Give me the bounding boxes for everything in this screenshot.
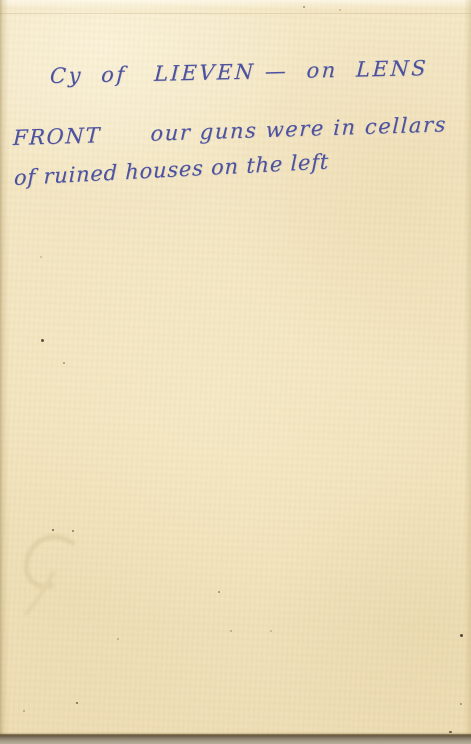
page-edge-left [0, 0, 9, 744]
page-edge-bottom-band [0, 732, 471, 744]
paper-speck [72, 530, 74, 532]
paper-speck [460, 634, 463, 637]
page-edge-right [464, 0, 471, 744]
paper-speck [63, 362, 65, 364]
paper-speck [76, 702, 78, 704]
paper-speck [52, 529, 54, 531]
page-edge-top [0, 0, 471, 16]
handwriting-line-city-lievin: Cy of LIEVEN — on LENS [49, 56, 428, 88]
paper-speck [460, 703, 462, 705]
paper-grain-texture [0, 0, 471, 744]
paper-speck [23, 710, 25, 712]
paper-speck [40, 256, 42, 258]
paper-speck [270, 630, 272, 632]
paper-speck [117, 638, 119, 640]
ghost-impression-mark [1, 521, 94, 632]
paper-speck [230, 630, 232, 632]
handwriting-line-ruined-houses: of ruined houses on the left [14, 149, 329, 190]
paper-speck [218, 591, 220, 593]
scanned-page: Cy of LIEVEN — on LENS FRONT our guns we… [0, 0, 471, 744]
paper-speck [41, 339, 44, 342]
handwriting-line-front-guns: FRONT our guns were in cellars [13, 112, 448, 150]
